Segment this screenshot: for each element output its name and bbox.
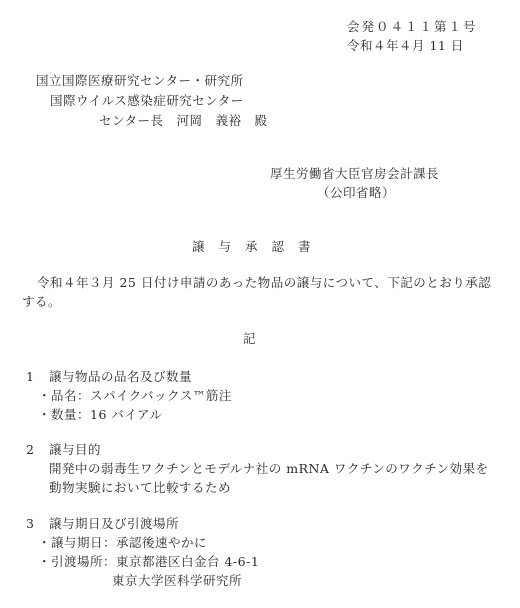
ki-heading: 記 [243,333,256,346]
section-1-number: 1 [26,371,34,384]
body-text-line-1: 令和４年３月 25 日付け申請のあった物品の譲与について、下記のとおり承認 [37,277,491,290]
section-2-heading: 譲与目的 [49,444,101,457]
document-date: 令和４年４月 11 日 [347,40,464,53]
addressee-department: 国際ウイルス感染症研究センター [50,95,244,108]
section-3-delivery-place-continuation: 東京大学医科学研究所 [112,575,242,588]
section-2-purpose-line-1: 開発中の弱毒生ワクチンとモデルナ社の mRNA ワクチンのワクチン効果を [49,463,489,476]
section-3-item-transfer-date: ・譲与期日：承認後速やかに [38,537,207,550]
section-2-number: 2 [26,444,34,457]
section-1-heading: 譲与物品の品名及び数量 [49,371,192,384]
sender-title: 厚生労働省大臣官房会計課長 [270,168,439,181]
section-3-number: 3 [26,518,34,531]
section-1-item-quantity: ・数量：16 バイアル [38,409,163,422]
addressee-organization: 国立国際医療研究センター・研究所 [36,75,244,88]
section-2-purpose-line-2: 動物実験において比較するため [49,482,231,495]
section-1-item-product-name: ・品名：スパイクバックス™筋注 [38,390,232,403]
addressee-name: センター長 河岡 義裕 殿 [99,115,268,128]
document-title: 譲与承認書 [192,241,325,254]
document-number: 会発０４１１第１号 [347,21,478,34]
section-3-heading: 譲与期日及び引渡場所 [49,518,179,531]
body-text-line-2: する。 [22,296,61,309]
section-3-item-delivery-place: ・引渡場所：東京都港区白金台 4-6-1 [38,556,259,569]
seal-omitted-note: （公印省略） [317,187,395,200]
